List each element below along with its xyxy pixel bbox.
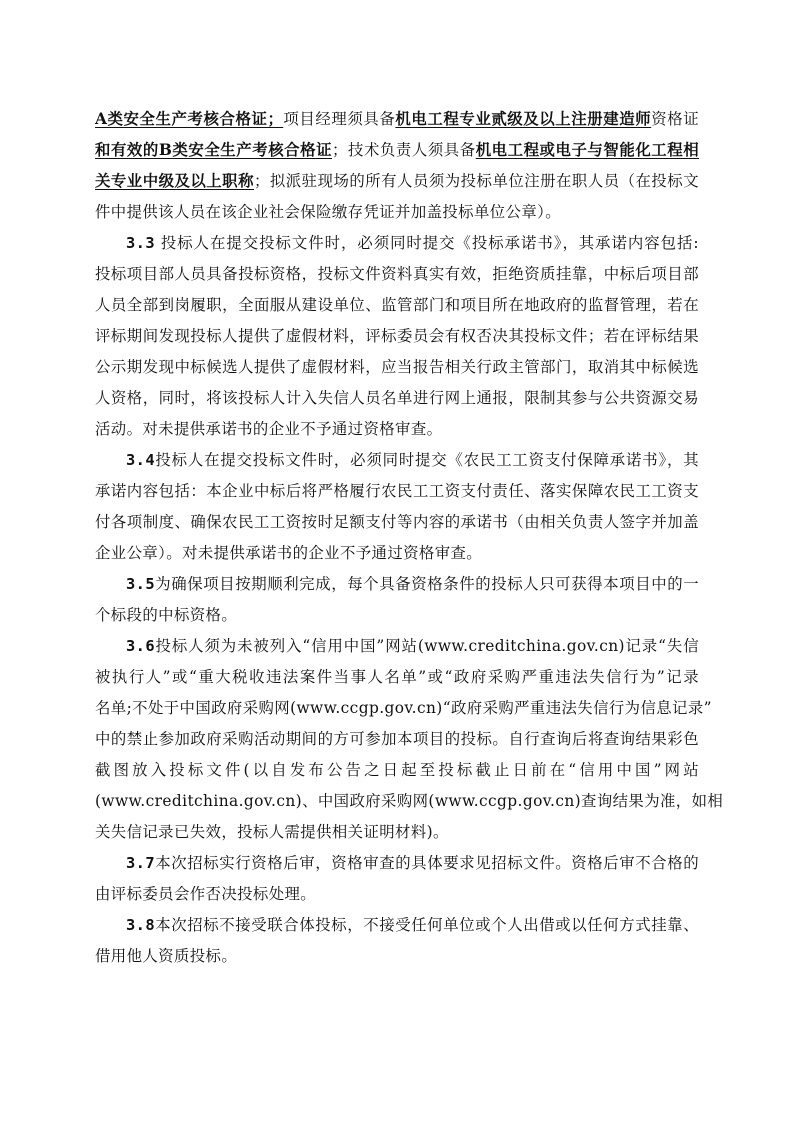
emphasis-text: 机电工程或电子与智能化工程相 <box>476 141 699 159</box>
section-3-4: 3.4投标人在提交投标文件时，必须同时提交《农民工工资支付保障承诺书》，其 承诺… <box>95 445 699 569</box>
body-text: 投标人须为未被列入“信用中国”网站(www.creditchina.gov.cn… <box>155 637 699 655</box>
section-number: 3.5 <box>126 575 155 593</box>
section-line: 评标期间发现投标人提供了虚假材料，评标委员会有权否决其投标文件；若在评标结果 <box>95 321 699 352</box>
section-line: 公示期发现中标候选人提供了虚假材料，应当报告相关行政主管部门，取消其中标候选 <box>95 352 699 383</box>
body-text: 投标人在提交投标文件时，必须同时提交《农民工工资支付保障承诺书》，其 <box>155 451 699 469</box>
section-number: 3.7 <box>126 854 155 872</box>
section-line: 投标项目部人员具备投标资格，投标文件资料真实有效，拒绝资质挂靠，中标后项目部 <box>95 259 699 290</box>
emphasis-text: A类安全生产考核合格证； <box>95 110 283 128</box>
section-3-5: 3.5为确保项目按期顺利完成，每个具备资格条件的投标人只可获得本项目中的一 个标… <box>95 569 699 631</box>
body-text: ；拟派驻现场的所有人员须为投标单位注册在职人员（在投标文 <box>254 172 699 190</box>
emphasis-text: 关专业中级及以上职称 <box>95 172 254 190</box>
section-line: 承诺内容包括：本企业中标后将严格履行农民工工资支付责任、落实保障农民工工资支 <box>95 476 699 507</box>
section-number: 3.8 <box>126 916 155 934</box>
body-text: 项目经理须具备 <box>283 110 395 128</box>
section-3-7: 3.7本次招标实行资格后审，资格审查的具体要求见招标文件。资格后审不合格的 由评… <box>95 848 699 910</box>
body-text: 投标人在提交投标文件时，必须同时提交《投标承诺书》，其承诺内容包括: <box>161 234 699 252</box>
section-line: 借用他人资质投标。 <box>95 941 699 972</box>
section-3-8: 3.8本次招标不接受联合体投标，不接受任何单位或个人出借或以任何方式挂靠、 借用… <box>95 910 699 972</box>
body-text: 为确保项目按期顺利完成，每个具备资格条件的投标人只可获得本项目中的一 <box>155 575 699 593</box>
intro-paragraph: A类安全生产考核合格证；项目经理须具备机电工程专业贰级及以上注册建造师资格证 和… <box>95 104 699 228</box>
section-line: 3.6投标人须为未被列入“信用中国”网站(www.creditchina.gov… <box>95 631 699 662</box>
section-line: 企业公章）。对未提供承诺书的企业不予通过资格审查。 <box>95 538 699 569</box>
section-3-6: 3.6投标人须为未被列入“信用中国”网站(www.creditchina.gov… <box>95 631 699 848</box>
section-line: 活动。对未提供承诺书的企业不予通过资格审查。 <box>95 414 699 445</box>
section-3-3: 3.3 投标人在提交投标文件时，必须同时提交《投标承诺书》，其承诺内容包括: 投… <box>95 228 699 445</box>
section-line: 关失信记录已失效，投标人需提供相关证明材料)。 <box>95 817 699 848</box>
section-line: 3.8本次招标不接受联合体投标，不接受任何单位或个人出借或以任何方式挂靠、 <box>95 910 699 941</box>
section-line: 截图放入投标文件(以自发布公告之日起至投标截止日前在“信用中国”网站 <box>95 755 699 786</box>
intro-line-3: 关专业中级及以上职称；拟派驻现场的所有人员须为投标单位注册在职人员（在投标文 <box>95 166 699 197</box>
body-text: 本次招标实行资格后审，资格审查的具体要求见招标文件。资格后审不合格的 <box>155 854 699 872</box>
emphasis-text: 和有效的B类安全生产考核合格证 <box>95 141 332 159</box>
section-line: 被执行人”或“重大税收违法案件当事人名单”或“政府采购严重违法失信行为”记录 <box>95 662 699 693</box>
section-line: 3.5为确保项目按期顺利完成，每个具备资格条件的投标人只可获得本项目中的一 <box>95 569 699 600</box>
section-line: 3.7本次招标实行资格后审，资格审查的具体要求见招标文件。资格后审不合格的 <box>95 848 699 879</box>
intro-line-1: A类安全生产考核合格证；项目经理须具备机电工程专业贰级及以上注册建造师资格证 <box>95 104 699 135</box>
intro-line-4: 件中提供该人员在该企业社会保险缴存凭证并加盖投标单位公章）。 <box>95 197 699 228</box>
section-number: 3.6 <box>126 637 155 655</box>
section-line: 付各项制度、确保农民工工资按时足额支付等内容的承诺书（由相关负责人签字并加盖 <box>95 507 699 538</box>
section-line: 人员全部到岗履职，全面服从建设单位、监管部门和项目所在地政府的监督管理，若在 <box>95 290 699 321</box>
section-line: 中的禁止参加政府采购活动期间的方可参加本项目的投标。自行查询后将查询结果彩色 <box>95 724 699 755</box>
section-number: 3.4 <box>126 451 155 469</box>
section-line: 由评标委员会作否决投标处理。 <box>95 879 699 910</box>
section-line: 3.4投标人在提交投标文件时，必须同时提交《农民工工资支付保障承诺书》，其 <box>95 445 699 476</box>
emphasis-text: 机电工程专业贰级及以上注册建造师 <box>395 110 651 128</box>
section-line: 3.3 投标人在提交投标文件时，必须同时提交《投标承诺书》，其承诺内容包括: <box>95 228 699 259</box>
body-text: 件中提供该人员在该企业社会保险缴存凭证并加盖投标单位公章）。 <box>95 203 561 221</box>
section-line: 名单;不处于中国政府采购网(www.ccgp.gov.cn)“政府采购严重违法失… <box>95 693 699 724</box>
section-line: 人资格，同时，将该投标人计入失信人员名单进行网上通报，限制其参与公共资源交易 <box>95 383 699 414</box>
body-text: 本次招标不接受联合体投标，不接受任何单位或个人出借或以任何方式挂靠、 <box>155 916 699 934</box>
body-text: 资格证 <box>651 110 699 128</box>
section-line: 个标段的中标资格。 <box>95 600 699 631</box>
document-page: A类安全生产考核合格证；项目经理须具备机电工程专业贰级及以上注册建造师资格证 和… <box>95 104 699 972</box>
body-text: ；技术负责人须具备 <box>332 141 476 159</box>
intro-line-2: 和有效的B类安全生产考核合格证；技术负责人须具备机电工程或电子与智能化工程相 <box>95 135 699 166</box>
section-line: (www.creditchina.gov.cn)、中国政府采购网(www.ccg… <box>95 786 699 817</box>
section-number: 3.3 <box>126 234 155 252</box>
